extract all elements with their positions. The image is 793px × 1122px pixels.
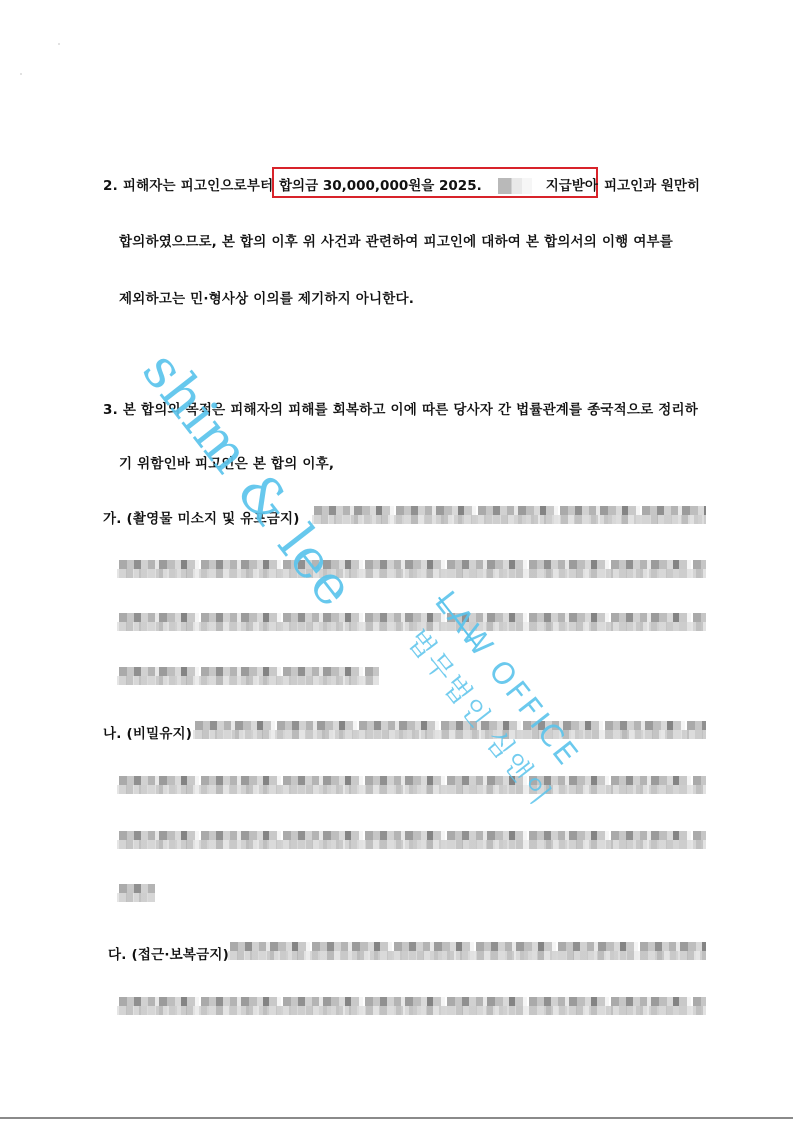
scan-speck: [20, 73, 22, 75]
clause-2-line-2: 합의하였으므로, 본 합의 이후 위 사건과 관련하여 피고인에 대하여 본 합…: [119, 230, 673, 250]
settlement-amount-text: 합의금 30,000,000원을 2025.: [279, 178, 482, 194]
subsection-ga-label: 가. (촬영물 미소지 및 유포금지): [103, 507, 300, 527]
scan-speck: [58, 43, 60, 45]
subsection-na-label: 나. (비밀유지): [103, 722, 192, 742]
redacted-date: [498, 178, 532, 194]
redacted-text: [117, 884, 155, 902]
payment-received-text: 지급받아: [546, 178, 598, 194]
redacted-text: [193, 721, 706, 739]
subsection-da-label: 다. (접근·보복금지): [108, 943, 229, 963]
redacted-text: [117, 776, 706, 794]
clause-2-suffix: 피고인과 원만히: [604, 174, 700, 194]
redacted-text: [117, 667, 379, 685]
redacted-text: [228, 942, 706, 960]
clause-3-line-2: 기 위함인바 피고인은 본 합의 이후,: [119, 452, 334, 472]
document-page: 2. 피해자는 피고인으로부터 합의금 30,000,000원을 2025.지급…: [0, 0, 793, 1122]
clause-2-prefix: 2. 피해자는 피고인으로부터: [103, 174, 273, 194]
redacted-text: [117, 613, 706, 631]
redacted-text: [117, 831, 706, 849]
clause-3-line-1: 3. 본 합의의 목적은 피해자의 피해를 회복하고 이에 따른 당사자 간 법…: [103, 398, 698, 418]
redacted-text: [312, 506, 706, 524]
clause-2-highlighted-text: 합의금 30,000,000원을 2025.지급받아: [279, 174, 598, 194]
redacted-text: [117, 997, 706, 1015]
clause-2-line-3: 제외하고는 민·형사상 이의를 제기하지 아니한다.: [119, 287, 414, 307]
redacted-text: [117, 560, 706, 578]
page-bottom-edge: [0, 1117, 793, 1119]
